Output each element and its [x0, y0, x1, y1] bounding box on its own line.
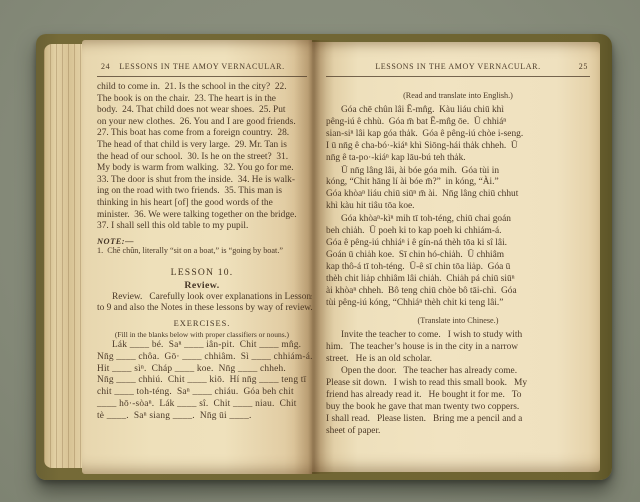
header-rule-right: [326, 76, 590, 77]
text-line: sian-siⁿ lâi kap góa thȧk. Góa ê pêng-iú…: [326, 129, 590, 141]
text-line: on your new clothes. 26. You and I are g…: [97, 117, 307, 129]
english-translation-paragraph: Invite the teacher to come. I wish to st…: [326, 330, 590, 437]
text-line: kap thô-á tī toh-téng. Ū-ê sī chin tōa l…: [326, 262, 590, 274]
fill-in-blanks-exercise: Lák ____ bé. Saⁿ ____ iân-pit. Chit ____…: [97, 340, 307, 423]
text-line: Góa khòaⁿ-kìⁿ mih tī toh-téng, chiū chai…: [326, 214, 590, 226]
note-text: 1. Chē chûn, literally “sit on a boat,” …: [97, 246, 307, 256]
text-line: Goán ū chiȧh koe. Sī chin hó-chiȧh. Ū ch…: [326, 250, 590, 262]
text-line: 37. I shall sell this old table to my pu…: [97, 221, 307, 233]
text-line: Nn̄g ____ chhiú. Chit ____ kiō. Hí nn̄g …: [97, 375, 307, 387]
text-line: friend has already read it. He bought it…: [326, 390, 590, 402]
text-line: The head of that child is very large. 29…: [97, 140, 307, 152]
text-line: ing on the road with two friends. 35. Th…: [97, 186, 307, 198]
text-line: beh chiȧh. Ū poeh ki to kap poeh ki chhi…: [326, 226, 590, 238]
translation-answers-paragraph: child to come in. 21. Is the school in t…: [97, 82, 307, 233]
section-heading-read-translate: (Read and translate into English.): [326, 91, 590, 100]
text-line: 33. The door is shut from the inside. 34…: [97, 175, 307, 187]
text-line: thèh chit liȧp chhiâm lâi chiȧh. Chiȧh p…: [326, 274, 590, 286]
page-number-right: 25: [579, 62, 588, 71]
text-line: Please sit down. I wish to read this sma…: [326, 378, 590, 390]
text-line: buy the book he gave that man twenty two…: [326, 402, 590, 414]
text-line: ài khòaⁿ chheh. Bô teng chiū chòe bô tāi…: [326, 286, 590, 298]
text-line: Open the door. The teacher has already c…: [326, 366, 590, 378]
section-heading-translate-chinese: (Translate into Chinese.): [326, 316, 590, 325]
left-page: 24 LESSONS IN THE AMOY VERNACULAR. child…: [82, 40, 312, 474]
text-line: khì kàu hit tiâu tōa koe.: [326, 201, 590, 213]
exercises-heading: EXERCISES.: [97, 319, 307, 328]
text-line: ____ hō·-sòaⁿ. Lák ____ sî. Chit ____ ni…: [97, 399, 307, 411]
photo-background: 24 LESSONS IN THE AMOY VERNACULAR. child…: [0, 0, 640, 502]
text-line: I shall read. Please listen. Bring me a …: [326, 414, 590, 426]
right-page: LESSONS IN THE AMOY VERNACULAR. 25 (Read…: [312, 42, 600, 472]
right-running-header: LESSONS IN THE AMOY VERNACULAR. 25: [326, 62, 590, 74]
open-book: 24 LESSONS IN THE AMOY VERNACULAR. child…: [36, 34, 612, 480]
text-line: I ū nn̄g ê cha-bó·-kiáⁿ khì Siōng-hái th…: [326, 141, 590, 153]
text-line: Góa chē chûn lâi Ē-mn̂g. Kàu liáu chiū k…: [326, 105, 590, 117]
note-label: NOTE:—: [97, 237, 307, 246]
text-line: kóng, “Chit hāng lí ài bóe m̄?” in kóng,…: [326, 177, 590, 189]
text-line: nn̄g ê ta-po·-kiáⁿ kap lāu-bú teh thȧk.: [326, 153, 590, 165]
left-page-content: 24 LESSONS IN THE AMOY VERNACULAR. child…: [97, 62, 307, 422]
text-line: child to come in. 21. Is the school in t…: [97, 82, 307, 94]
text-line: minister. 36. We were talking together o…: [97, 210, 307, 222]
text-line: Review. Carefully look over explanations…: [97, 292, 307, 304]
exercises-instruction: (Fill in the blanks below with proper cl…: [97, 330, 307, 339]
text-line: tè ____. Saⁿ siang ____. Nn̄g ūi ____.: [97, 411, 307, 423]
text-line: to 9 and also the Notes in these lessons…: [97, 303, 307, 315]
text-line: Invite the teacher to come. I wish to st…: [326, 330, 590, 342]
text-line: tùi pêng-iú kóng, “Chhiáⁿ thèh chit ki t…: [326, 298, 590, 310]
text-line: the head of our school. 30. Is he on the…: [97, 152, 307, 164]
text-line: Góa ê pêng-iú chhiáⁿ i ê gín-ná thèh tōa…: [326, 238, 590, 250]
amoy-paragraph-3: Góa khòaⁿ-kìⁿ mih tī toh-téng, chiū chai…: [326, 214, 590, 309]
text-line: sheet of paper.: [326, 426, 590, 438]
text-line: street. He is an old scholar.: [326, 354, 590, 366]
left-running-header: 24 LESSONS IN THE AMOY VERNACULAR.: [97, 62, 307, 74]
review-paragraph: Review. Carefully look over explanations…: [97, 292, 307, 315]
text-line: 27. This boat has come from a foreign co…: [97, 128, 307, 140]
running-title-left: LESSONS IN THE AMOY VERNACULAR.: [97, 62, 307, 71]
text-line: Hit ____ sìⁿ. Cháp ____ koe. Nn̄g ____ c…: [97, 364, 307, 376]
text-line: pêng-iú ê chhù. Góa m̄ bat Ē-mn̂g ōe. Ū …: [326, 117, 590, 129]
text-line: him. The teacher’s house is in the city …: [326, 342, 590, 354]
header-rule-left: [97, 76, 307, 77]
amoy-paragraph-1: Góa chē chûn lâi Ē-mn̂g. Kàu liáu chiū k…: [326, 105, 590, 165]
right-page-content: LESSONS IN THE AMOY VERNACULAR. 25 (Read…: [326, 62, 590, 438]
lesson-subtitle: Review.: [97, 280, 307, 291]
text-line: Nn̄g ____ chôa. Gō· ____ chhiâm. Sì ____…: [97, 352, 307, 364]
lesson-title: LESSON 10.: [97, 267, 307, 278]
text-line: Ū nn̄g lâng lâi, ài bóe góa mih. Góa tùi…: [326, 166, 590, 178]
text-line: Lák ____ bé. Saⁿ ____ iân-pit. Chit ____…: [97, 340, 307, 352]
text-line: thinking in his heart [of] the good word…: [97, 198, 307, 210]
text-line: chit ____ toh-téng. Saⁿ ____ chiáu. Góa …: [97, 387, 307, 399]
running-title-right: LESSONS IN THE AMOY VERNACULAR.: [326, 62, 590, 71]
text-line: Góa khòaⁿ liáu chiū siūⁿ m̄ ài. Nn̄g lân…: [326, 189, 590, 201]
amoy-paragraph-2: Ū nn̄g lâng lâi, ài bóe góa mih. Góa tùi…: [326, 166, 590, 214]
text-line: My body is warm from walking. 32. You go…: [97, 163, 307, 175]
text-line: body. 24. That child does not wear shoes…: [97, 105, 307, 117]
text-line: The book is on the chair. 23. The heart …: [97, 94, 307, 106]
